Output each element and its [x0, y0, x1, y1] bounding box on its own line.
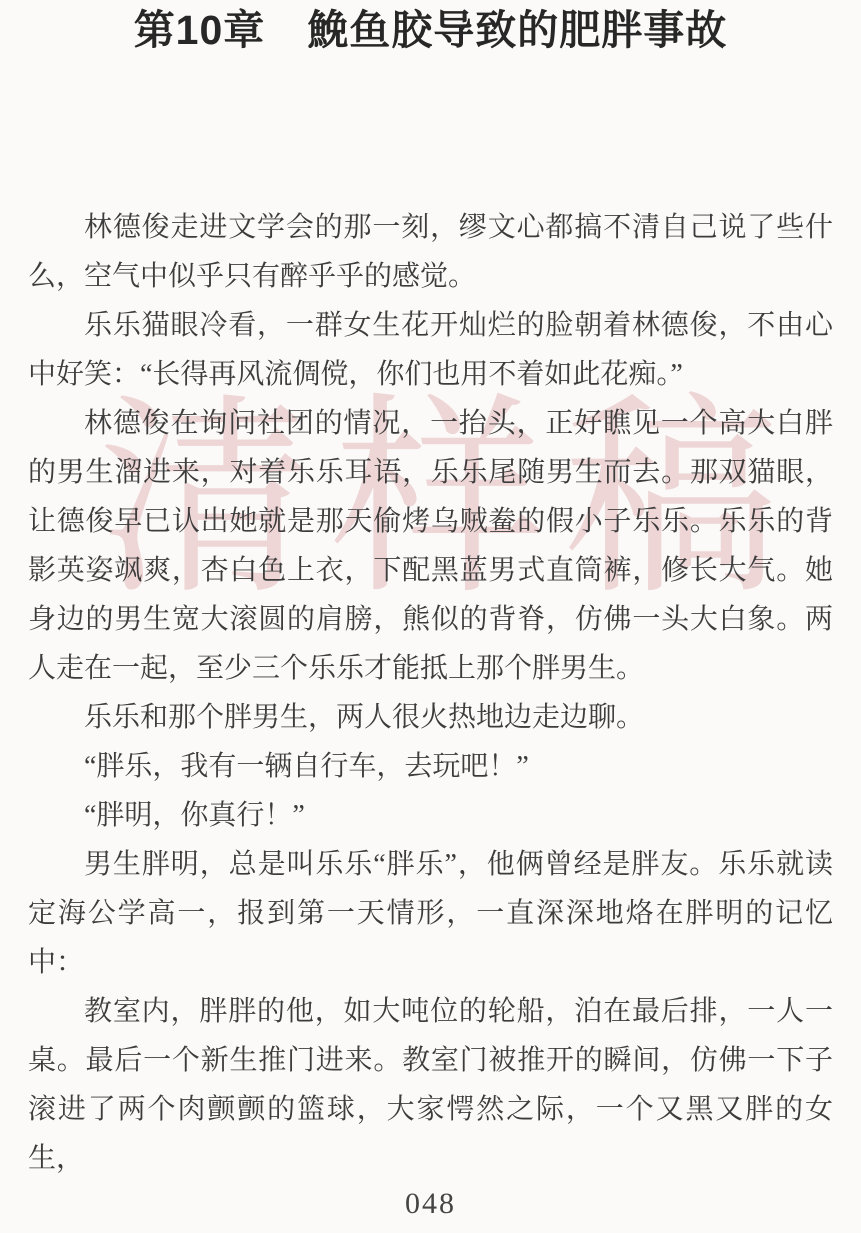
page-number: 048 [0, 1187, 861, 1221]
paragraph: 男生胖明，总是叫乐乐“胖乐”，他俩曾经是胖友。乐乐就读定海公学高一，报到第一天情… [28, 840, 833, 987]
paragraph: 乐乐猫眼冷看，一群女生花开灿烂的脸朝着林德俊，不由心中好笑：“长得再风流倜傥，你… [28, 301, 833, 399]
body-text: 林德俊走进文学会的那一刻，缪文心都搞不清自己说了些什么，空气中似乎只有醉乎乎的感… [28, 203, 833, 1183]
book-page: 清样稿 第10章 鮸鱼胶导致的肥胖事故 林德俊走进文学会的那一刻，缪文心都搞不清… [0, 0, 861, 1233]
paragraph-dialogue: “胖明，你真行！” [28, 791, 833, 840]
paragraph-dialogue: “胖乐，我有一辆自行车，去玩吧！” [28, 742, 833, 791]
paragraph: 乐乐和那个胖男生，两人很火热地边走边聊。 [28, 693, 833, 742]
paragraph: 林德俊走进文学会的那一刻，缪文心都搞不清自己说了些什么，空气中似乎只有醉乎乎的感… [28, 203, 833, 301]
paragraph: 林德俊在询问社团的情况，一抬头，正好瞧见一个高大白胖的男生溜进来，对着乐乐耳语，… [28, 399, 833, 693]
chapter-title: 第10章 鮸鱼胶导致的肥胖事故 [0, 2, 861, 58]
paragraph: 教室内，胖胖的他，如大吨位的轮船，泊在最后排，一人一桌。最后一个新生推门进来。教… [28, 987, 833, 1183]
